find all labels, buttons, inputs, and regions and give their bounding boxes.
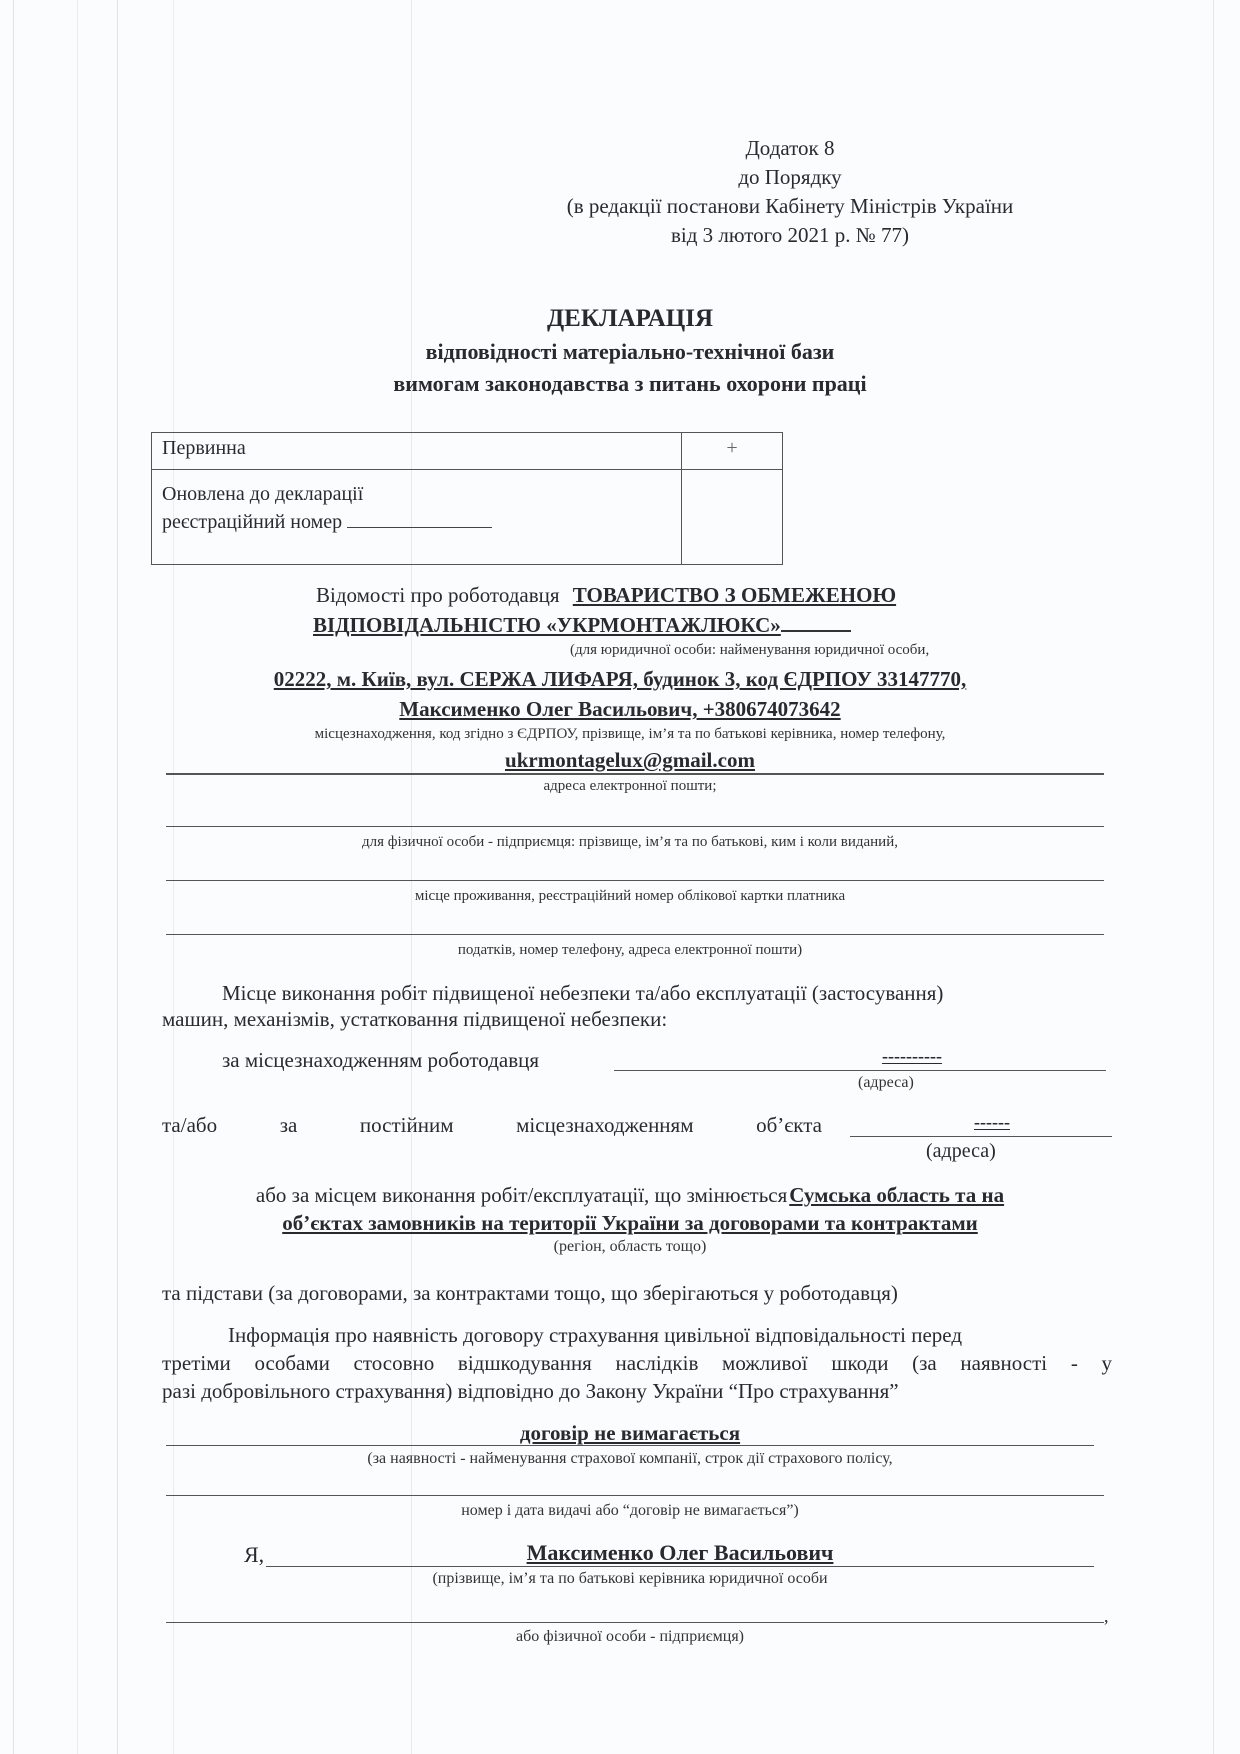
- changing-location-line2: об’єктах замовників на території України…: [160, 1208, 1100, 1238]
- changing-location-value-1[interactable]: Сумська область та на: [789, 1183, 1004, 1207]
- insurance-value-line: договір не вимагається: [160, 1418, 1100, 1448]
- employer-name-line2: ВІДПОВІДАЛЬНІСТЮ «УКРМОНТАЖЛЮКС»: [313, 610, 851, 640]
- row-updated: Оновлена до декларації реєстраційний ном…: [152, 470, 783, 565]
- individual-line-2[interactable]: [166, 880, 1104, 881]
- object-location-value[interactable]: ------: [974, 1112, 1010, 1133]
- signatory-name-line: Максименко Олег Васильович: [266, 1538, 1094, 1568]
- employer-location-field[interactable]: [614, 1070, 1106, 1071]
- word-3: постійним: [360, 1110, 454, 1140]
- employer-address[interactable]: 02222, м. Київ, вул. СЕРЖА ЛИФАРЯ, будин…: [274, 667, 967, 691]
- object-location-label: та/або за постійним місцезнаходженням об…: [162, 1110, 822, 1140]
- object-location-field[interactable]: [850, 1136, 1112, 1137]
- signatory-hint-1: (прізвище, ім’я та по батькові керівника…: [160, 1570, 1100, 1588]
- primary-mark[interactable]: +: [682, 433, 783, 470]
- region-hint: (регіон, область тощо): [160, 1238, 1100, 1256]
- address-hint-1: (адреса): [858, 1074, 914, 1092]
- hint-legal-entity: (для юридичної особи: найменування юриди…: [570, 642, 929, 659]
- address-hint-2: (адреса): [926, 1140, 996, 1163]
- employer-name-2[interactable]: ВІДПОВІДАЛЬНІСТЮ «УКРМОНТАЖЛЮКС»: [313, 613, 781, 637]
- document-title: ДЕКЛАРАЦІЯ відповідності матеріально-тех…: [280, 302, 980, 400]
- title-sub2: вимогам законодавства з питань охорони п…: [280, 368, 980, 400]
- employer-location-label: за місцезнаходженням роботодавця: [222, 1045, 539, 1075]
- basis-text: та підстави (за договорами, за контракта…: [162, 1278, 898, 1308]
- insurance-line-2[interactable]: [166, 1495, 1104, 1496]
- word-1: та/або: [162, 1110, 217, 1140]
- signatory-prefix: Я,: [244, 1540, 264, 1570]
- changing-location-label: або за місцем виконання робіт/експлуатац…: [256, 1183, 787, 1207]
- appendix-header: Додаток 8 до Порядку (в редакції постано…: [480, 134, 1100, 250]
- appendix-order: до Порядку: [480, 163, 1100, 192]
- word-2: за: [280, 1110, 298, 1140]
- insurance-value[interactable]: договір не вимагається: [520, 1421, 740, 1445]
- employer-location-value[interactable]: ----------: [882, 1046, 942, 1067]
- row-primary: Первинна +: [152, 433, 783, 470]
- employer-label: Відомості про роботодавця: [316, 583, 560, 607]
- employer-head-phone[interactable]: Максименко Олег Васильович, +38067407364…: [399, 697, 840, 721]
- insurance-line3: разі добровільного страхування) відповід…: [162, 1376, 899, 1406]
- hint-individual-3: податків, номер телефону, адреса електро…: [160, 942, 1100, 959]
- updated-label-line1: Оновлена до декларації: [162, 480, 671, 508]
- individual-line-1[interactable]: [166, 826, 1104, 827]
- reg-number-field[interactable]: [347, 509, 492, 528]
- appendix-edition: (в редакції постанови Кабінету Міністрів…: [480, 192, 1100, 221]
- insurance-underline: [166, 1445, 1094, 1446]
- email-underline: [166, 773, 1104, 775]
- signatory-line-2[interactable]: [166, 1622, 1104, 1623]
- hint-individual-1: для фізичної особи - підприємця: прізвищ…: [160, 834, 1100, 851]
- hint-individual-2: місце проживання, реєстраційний номер об…: [160, 888, 1100, 905]
- individual-line-3[interactable]: [166, 934, 1104, 935]
- primary-label: Первинна: [152, 433, 682, 470]
- word-5: об’єкта: [756, 1110, 822, 1140]
- updated-label: Оновлена до декларації реєстраційний ном…: [152, 470, 682, 565]
- insurance-line1: Інформація про наявність договору страху…: [228, 1320, 962, 1350]
- hint-email: адреса електронної пошти;: [160, 778, 1100, 795]
- employer-name-1[interactable]: ТОВАРИСТВО З ОБМЕЖЕНОЮ: [573, 583, 896, 607]
- employer-head-line: Максименко Олег Васильович, +38067407364…: [160, 694, 1080, 724]
- scan-artifacts: [0, 0, 1240, 1754]
- employer-email-line: ukrmontagelux@gmail.com: [160, 745, 1100, 775]
- employer-email[interactable]: ukrmontagelux@gmail.com: [505, 748, 755, 772]
- insurance-line2: третіми особами стосовно відшкодування н…: [162, 1348, 1112, 1378]
- reg-number-label: реєстраційний номер: [162, 511, 342, 533]
- insurance-hint-2: номер і дата видачі або “договір не вима…: [160, 1502, 1100, 1520]
- updated-mark[interactable]: [682, 470, 783, 565]
- declaration-type-table: Первинна + Оновлена до декларації реєстр…: [151, 432, 783, 565]
- changing-location-line1: або за місцем виконання робіт/експлуатац…: [160, 1180, 1100, 1210]
- word-4: місцезнаходженням: [516, 1110, 693, 1140]
- underline-fill: [781, 610, 851, 632]
- trailing-comma: ,: [1104, 1606, 1109, 1627]
- workplace-intro-2: машин, механізмів, устатковання підвищен…: [162, 1004, 667, 1034]
- appendix-date: від 3 лютого 2021 р. № 77): [480, 221, 1100, 250]
- employer-address-line: 02222, м. Київ, вул. СЕРЖА ЛИФАРЯ, будин…: [160, 664, 1080, 694]
- signatory-name[interactable]: Максименко Олег Васильович: [527, 1540, 834, 1565]
- hint-location: місцезнаходження, код згідно з ЄДРПОУ, п…: [160, 726, 1100, 743]
- signatory-hint-2: або фізичної особи - підприємця): [160, 1628, 1100, 1646]
- changing-location-value-2[interactable]: об’єктах замовників на території України…: [282, 1211, 978, 1235]
- employer-label-line: Відомості про роботодавця ТОВАРИСТВО З О…: [316, 580, 896, 610]
- title-main: ДЕКЛАРАЦІЯ: [280, 302, 980, 336]
- title-sub1: відповідності матеріально-технічної бази: [280, 336, 980, 368]
- updated-label-line2: реєстраційний номер: [162, 508, 671, 536]
- appendix-number: Додаток 8: [480, 134, 1100, 163]
- insurance-hint-1: (за наявності - найменування страхової к…: [160, 1450, 1100, 1468]
